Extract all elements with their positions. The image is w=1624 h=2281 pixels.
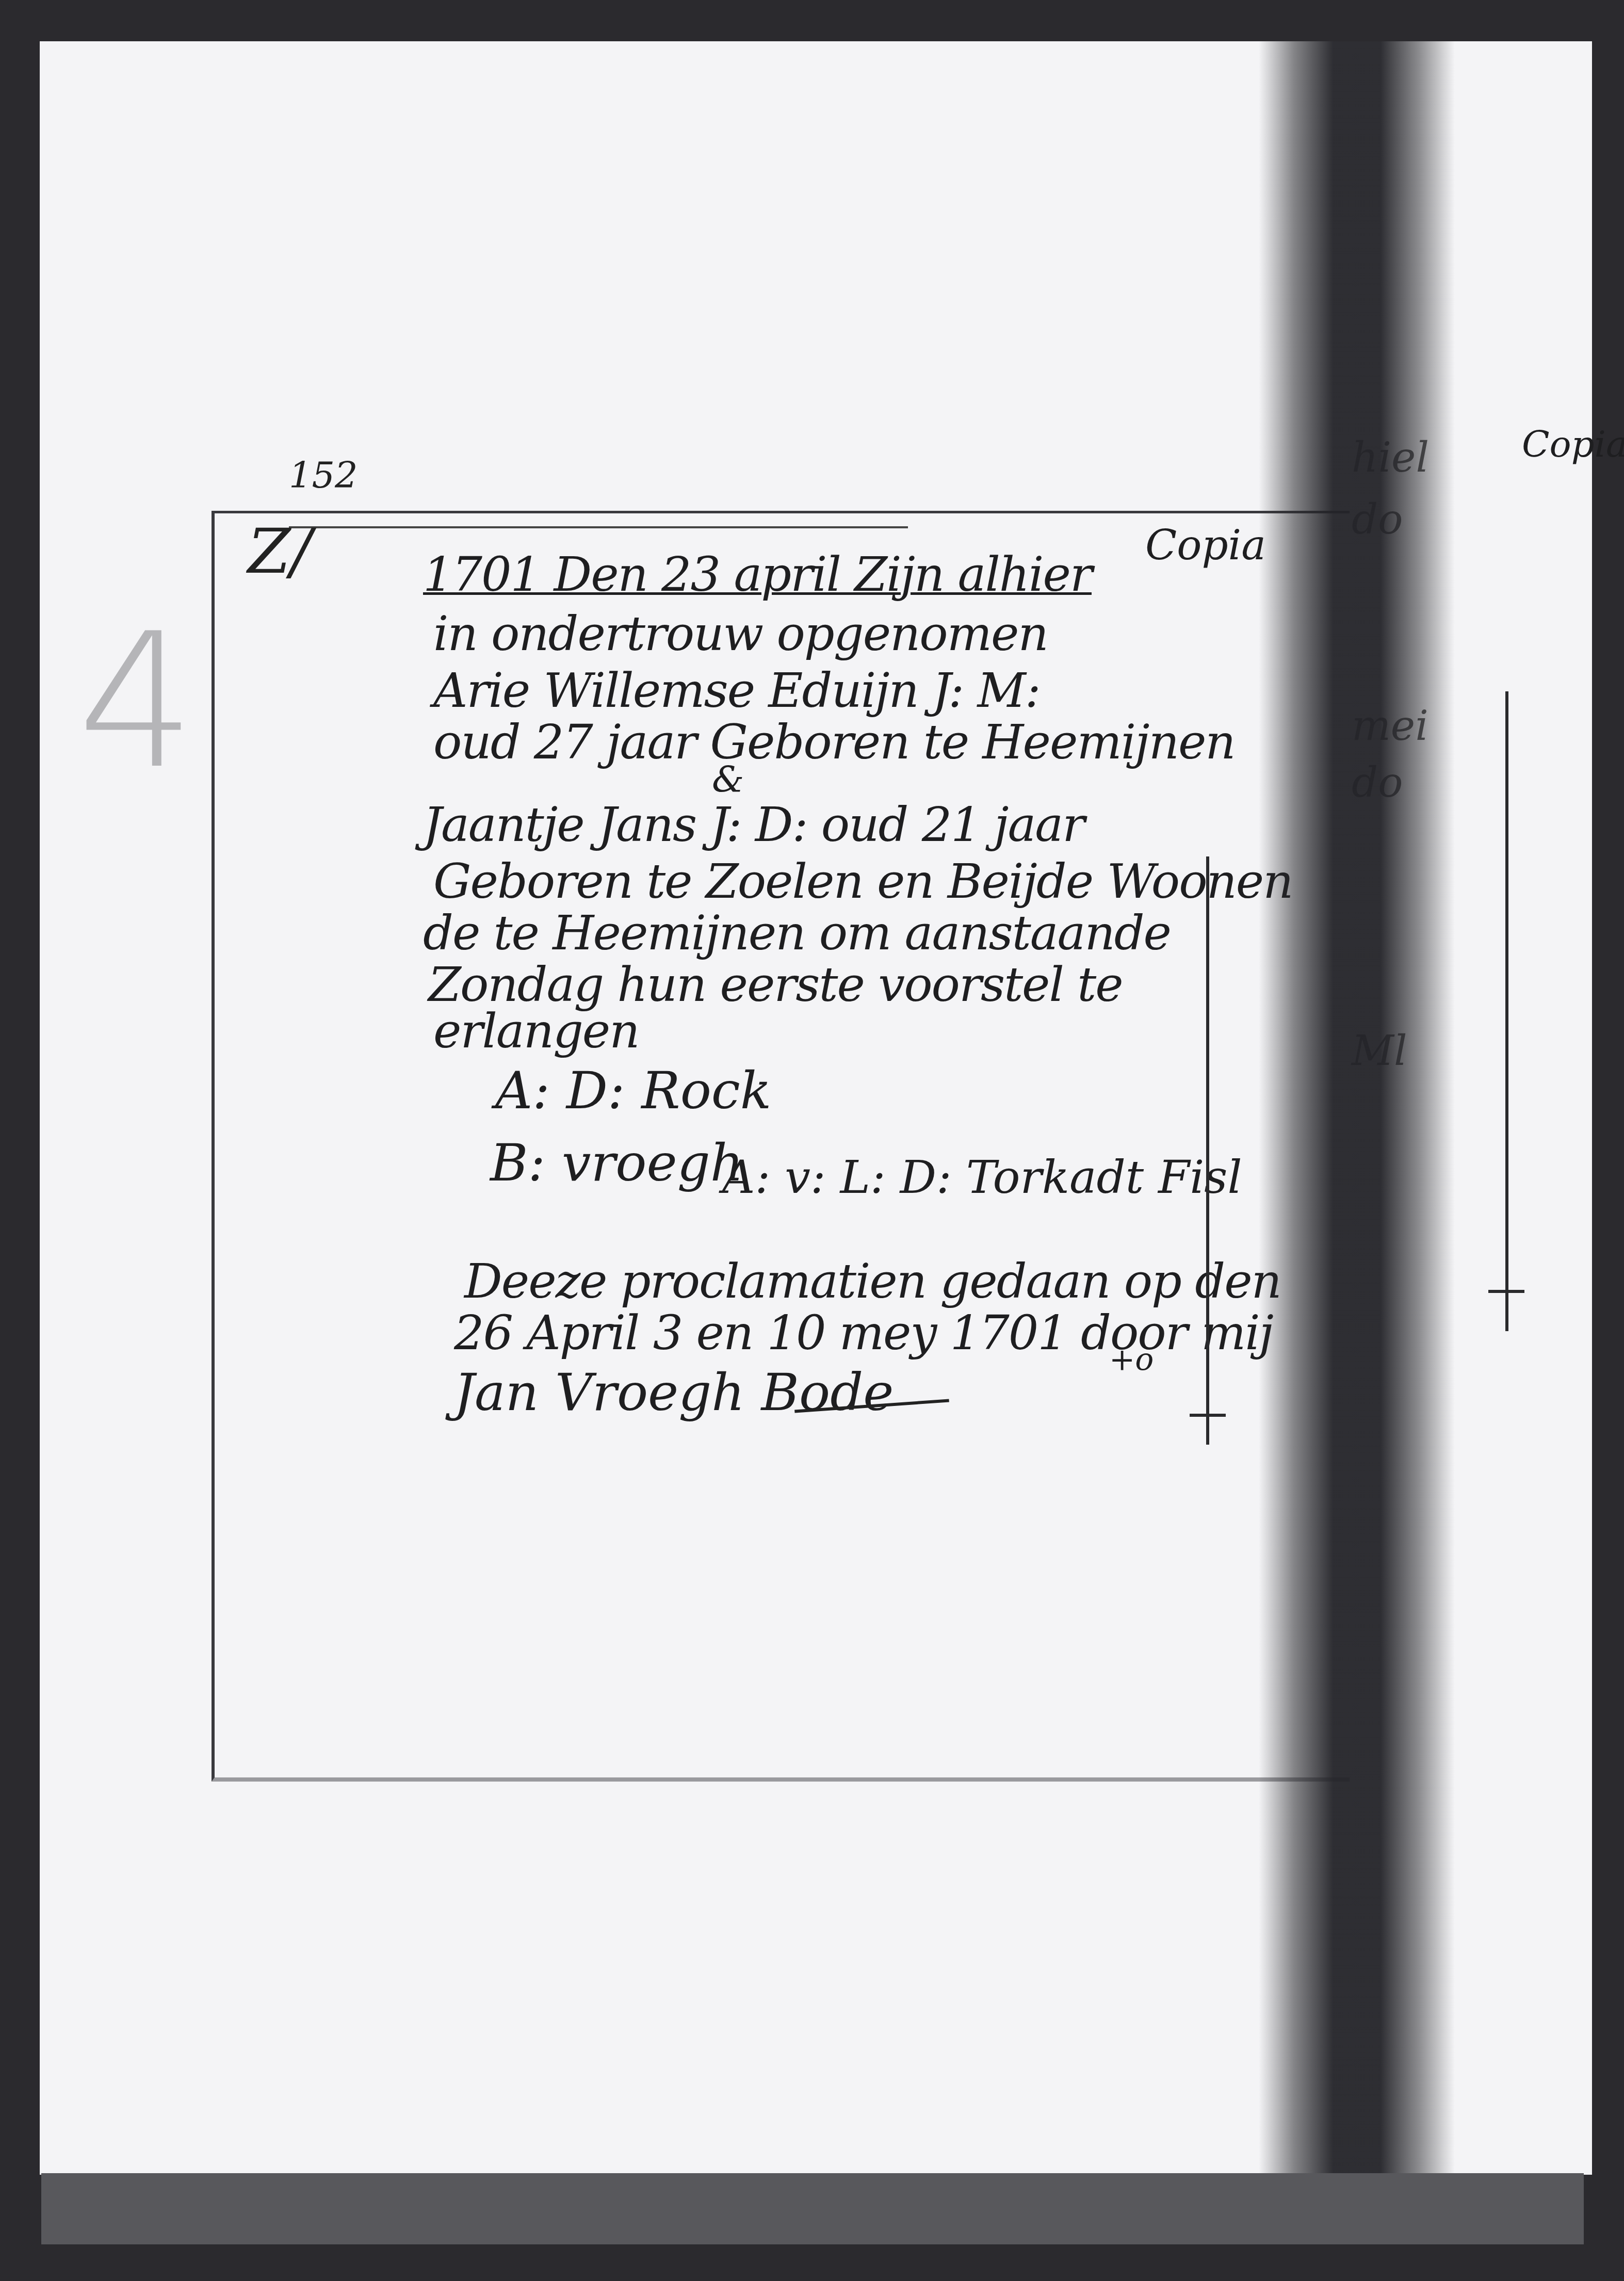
signature-vroegh: B: vroegh	[490, 1133, 743, 1193]
stray-mark: +o	[1109, 1341, 1154, 1378]
binding-gutter-shadow	[1259, 41, 1455, 2198]
entry-line-1: 1701 Den 23 april Zijn alhier	[423, 547, 1092, 602]
signature-rock: A: D: Rock	[495, 1060, 771, 1121]
bode-signature: Jan Vroegh Bode	[454, 1362, 894, 1422]
corner-mark: Z/	[248, 516, 312, 588]
proclamation-line-1: Deeze proclamatien gedaan op den	[464, 1254, 1281, 1309]
bracket-tick	[1190, 1414, 1226, 1417]
adjacent-bracket-tick	[1488, 1290, 1524, 1293]
margin-note-copia: Copia	[1145, 521, 1266, 569]
page-top-rule	[289, 526, 908, 528]
entry-line-4: oud 27 jaar Geboren te Heemijnen	[433, 715, 1235, 770]
entry-line-6: Jaantje Jans J: D: oud 21 jaar	[423, 797, 1084, 852]
ampersand: &	[712, 758, 743, 801]
signature-torkadt: A: v: L: D: Torkadt Fisl	[722, 1151, 1242, 1204]
adjacent-bracket-line	[1505, 691, 1508, 1331]
entry-line-3: Arie Willemse Eduijn J: M:	[433, 663, 1040, 718]
entry-line-10: erlangen	[433, 1004, 639, 1059]
entry-line-8: de te Heemijnen om aanstaande	[423, 905, 1171, 961]
pencil-margin-mark: 4	[77, 593, 196, 810]
entry-line-7: Geboren te Zoelen en Beijde Woonen	[433, 854, 1293, 909]
entry-line-2: in ondertrouw opgenomen	[433, 606, 1048, 661]
scanner-bottom-strip	[41, 2173, 1584, 2244]
folio-number: 152	[289, 454, 358, 496]
bracket-line	[1206, 856, 1209, 1445]
adjacent-margin-note-copia: Copia	[1522, 423, 1624, 465]
